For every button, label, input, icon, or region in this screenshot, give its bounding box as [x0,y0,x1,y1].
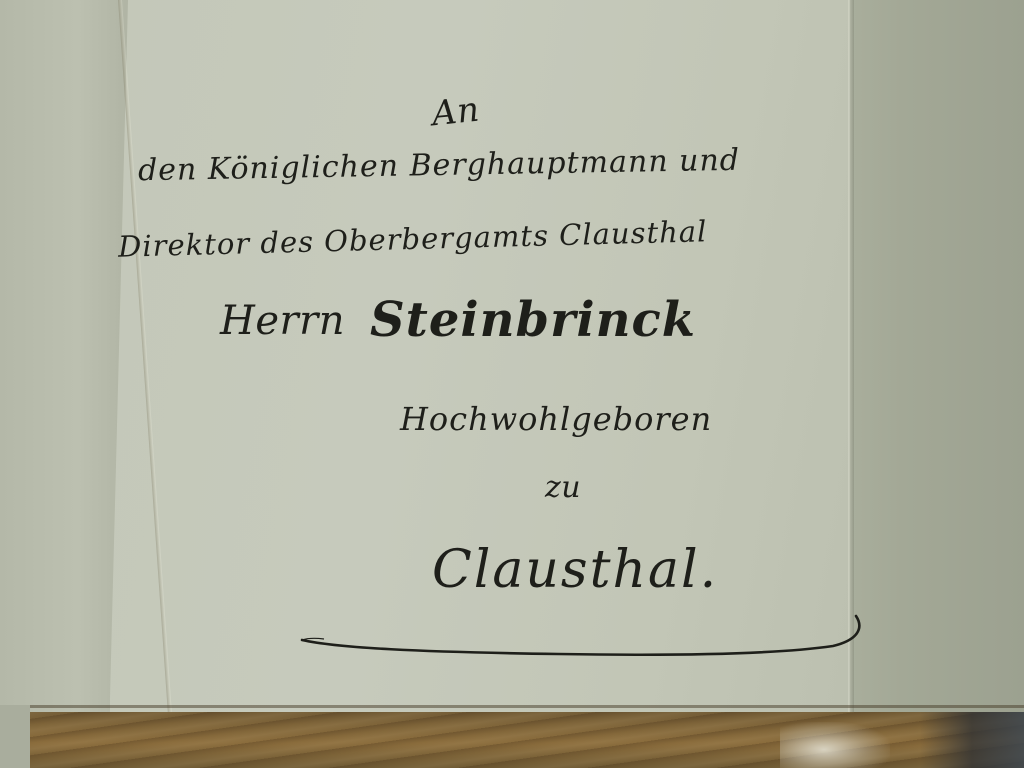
photo-scene: An den Königlichen Berghauptmann und Dir… [0,0,1024,768]
left-paper-underside [0,705,30,768]
letter-sheet [110,0,850,712]
honorific-text: Herrn [220,298,345,344]
right-paper-flap [850,0,1024,712]
preposition-text: zu [545,470,581,505]
title-text: Hochwohlgeboren [400,400,712,438]
city-name: Clausthal. [432,540,718,600]
left-paper-flap [0,0,130,712]
light-glare [780,722,890,768]
salutation-text: An [430,90,481,135]
right-fold-crease [848,0,854,712]
underline-flourish-icon [298,612,868,662]
recipient-name: Steinbrinck [370,292,696,348]
paper-bottom-edge [30,705,1024,708]
dark-object-corner [920,705,1024,768]
